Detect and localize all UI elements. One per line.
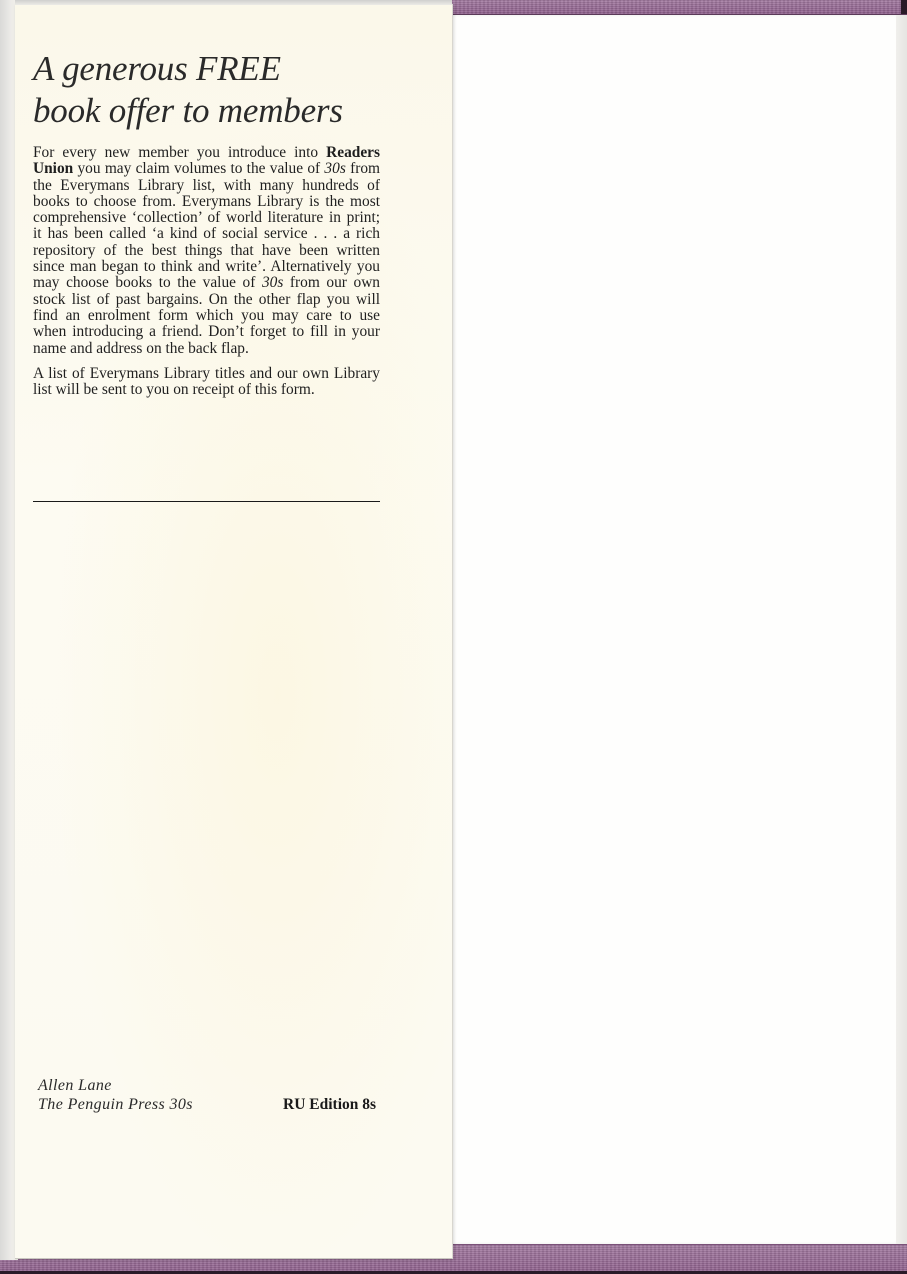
title-line-2: book offer to members bbox=[33, 91, 343, 130]
title-line-1: A generous FREE bbox=[33, 49, 281, 88]
paragraph-text: you may claim volumes to the value of bbox=[73, 160, 324, 177]
offer-paragraph-2: A list of Everymans Library titles and o… bbox=[33, 366, 380, 399]
price-value: 30s bbox=[324, 160, 345, 177]
flap-top-shade bbox=[15, 0, 452, 5]
paragraph-text: For every new member you introduce into bbox=[33, 144, 326, 161]
page-edge bbox=[896, 14, 907, 1244]
offer-paragraph-1: For every new member you introduce into … bbox=[33, 145, 380, 357]
cloth-binding-top bbox=[445, 0, 907, 15]
publisher-imprint: Allen Lane The Penguin Press 30s bbox=[38, 1076, 193, 1114]
offer-body: For every new member you introduce into … bbox=[33, 145, 380, 407]
publisher-name: Allen Lane bbox=[38, 1077, 112, 1094]
paragraph-text: from the Everymans Library list, with ma… bbox=[33, 160, 380, 291]
offer-title: A generous FREE book offer to members bbox=[33, 48, 413, 132]
publisher-press-price: The Penguin Press 30s bbox=[38, 1096, 193, 1113]
ru-edition-price: RU Edition 8s bbox=[283, 1096, 376, 1114]
price-value: 30s bbox=[262, 274, 283, 291]
right-book-page bbox=[448, 15, 896, 1244]
divider-rule bbox=[33, 501, 380, 502]
